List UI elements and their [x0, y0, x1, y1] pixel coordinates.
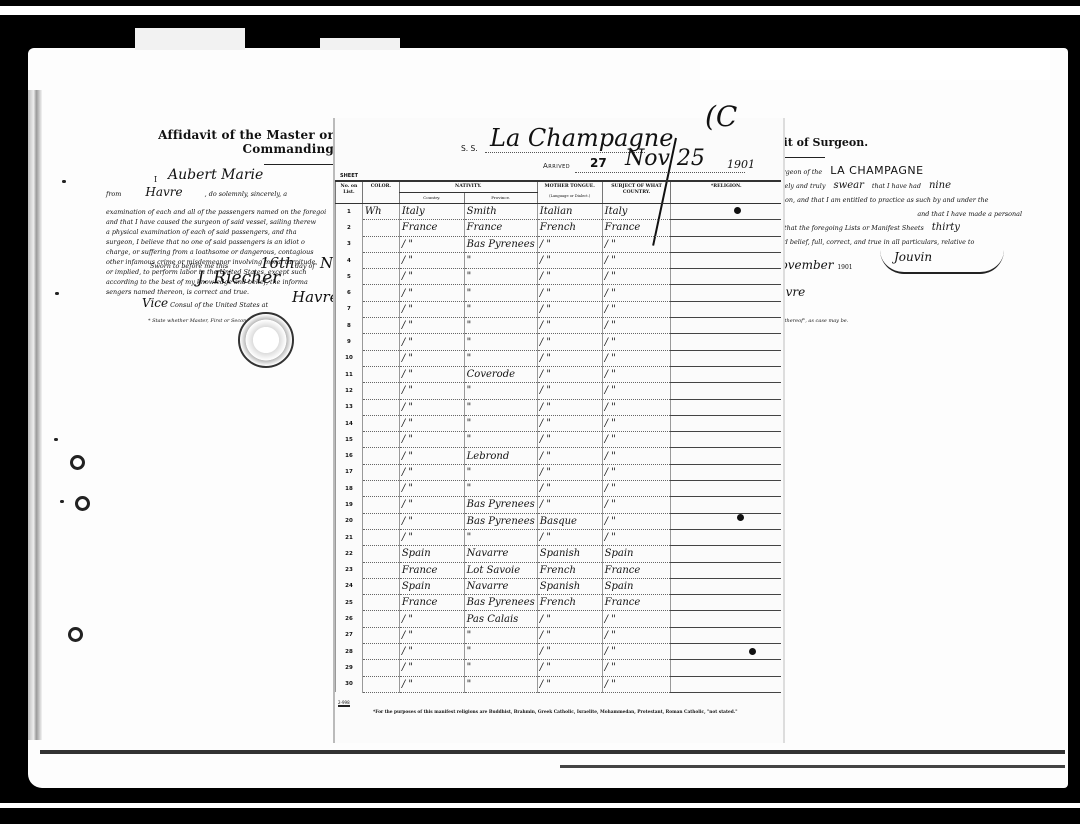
table-row: 16/ "Lebrond/ "/ "	[336, 448, 782, 464]
cell-tongue: Spanish	[537, 546, 602, 562]
cell-province: "	[464, 383, 537, 399]
table-row: 1WhItalySmithItalianItaly	[336, 204, 782, 220]
cell-color	[362, 448, 399, 464]
table-row: 12/ ""/ "/ "	[336, 383, 782, 399]
row-number: 1	[336, 204, 363, 220]
ink-speck	[54, 438, 58, 441]
cell-province: Navarre	[464, 578, 537, 594]
cell-subject: Italy	[602, 204, 671, 220]
cell-subject: / "	[602, 301, 671, 317]
cell-subject: Spain	[602, 546, 671, 562]
cell-subject: / "	[602, 448, 671, 464]
passenger-manifest-sheet: (C S. S. La Champagne Arrived 27 Nov 25 …	[333, 118, 785, 743]
cell-country: / "	[399, 611, 464, 627]
cell-color	[362, 595, 399, 611]
cell-country: / "	[399, 318, 464, 334]
consul-place: Havre	[292, 288, 339, 306]
cell-tongue: / "	[537, 366, 602, 382]
col-mother-tongue: MOTHER TONGUE. (Language or Dialect.)	[537, 181, 602, 204]
cell-color	[362, 660, 399, 676]
cell-province: "	[464, 627, 537, 643]
body-line: surgeon, I believe that no one of said p…	[106, 237, 334, 247]
cell-color	[362, 529, 399, 545]
handwritten-sheets: thirty	[932, 222, 960, 233]
ink-blot	[737, 514, 744, 521]
ink-blot	[734, 207, 741, 214]
row-number: 16	[336, 448, 363, 464]
ship-name-stamp: LA CHAMPAGNE	[830, 164, 923, 177]
ledger-spine-edge	[28, 90, 42, 740]
binding-hole	[75, 496, 90, 511]
cell-tongue: / "	[537, 497, 602, 513]
cell-color	[362, 334, 399, 350]
cell-province: "	[464, 350, 537, 366]
cell-color: Wh	[362, 204, 399, 220]
cell-color	[362, 318, 399, 334]
cell-color	[362, 627, 399, 643]
cell-country: / "	[399, 366, 464, 382]
cell-subject: / "	[602, 318, 671, 334]
row-number: 12	[336, 383, 363, 399]
mother-tongue-sub: (Language or Dialect.)	[539, 193, 601, 199]
cell-province: "	[464, 399, 537, 415]
row-number: 8	[336, 318, 363, 334]
cell-country: / "	[399, 383, 464, 399]
row-number: 24	[336, 578, 363, 594]
surgeon-affidavit: avit of Surgeon. , Surgeon of the LA CHA…	[770, 136, 1030, 249]
table-row: 20/ "Bas PyreneesBasque/ "	[336, 513, 782, 529]
body-line: a physical examination of each of said p…	[106, 227, 334, 237]
cell-country: / "	[399, 627, 464, 643]
cell-country: Spain	[399, 546, 464, 562]
mother-tongue-label: MOTHER TONGUE.	[539, 184, 601, 190]
cell-province: Bas Pyrenees	[464, 236, 537, 252]
cell-country: / "	[399, 448, 464, 464]
cell-province: Coverode	[464, 366, 537, 382]
cell-color	[362, 578, 399, 594]
cell-religion	[671, 481, 781, 497]
ink-speck	[55, 292, 59, 295]
cell-tongue: / "	[537, 301, 602, 317]
cell-country: / "	[399, 350, 464, 366]
cell-religion	[671, 660, 781, 676]
cell-color	[362, 269, 399, 285]
cell-religion	[671, 513, 781, 529]
table-row: 24SpainNavarreSpanishSpain	[336, 578, 782, 594]
col-province: Province.	[464, 193, 537, 204]
ink-speck	[62, 180, 66, 183]
cell-province: "	[464, 334, 537, 350]
body-intro: , do solemnly, sincerely, a	[205, 190, 287, 198]
cell-religion	[671, 301, 781, 317]
cell-country: / "	[399, 236, 464, 252]
body-line: urgeon, and that I am entitled to practi…	[770, 193, 1030, 207]
cell-color	[362, 399, 399, 415]
cell-subject: / "	[602, 415, 671, 431]
cell-province: Bas Pyrenees	[464, 513, 537, 529]
table-row: 9/ ""/ "/ "	[336, 334, 782, 350]
consul-line: Vice Consul of the United States at Havr…	[142, 296, 342, 310]
row-number: 22	[336, 546, 363, 562]
cell-religion	[671, 562, 781, 578]
cell-tongue: / "	[537, 285, 602, 301]
row-number: 13	[336, 399, 363, 415]
cell-color	[362, 415, 399, 431]
cell-subject: / "	[602, 399, 671, 415]
cell-country: France	[399, 562, 464, 578]
table-row: 8/ ""/ "/ "	[336, 318, 782, 334]
cell-country: / "	[399, 269, 464, 285]
cell-religion	[671, 497, 781, 513]
sheet-label: SHEET	[340, 173, 358, 179]
cell-religion	[671, 595, 781, 611]
cell-subject: / "	[602, 350, 671, 366]
title-rule	[264, 164, 334, 165]
cell-tongue: / "	[537, 660, 602, 676]
table-row: 15/ ""/ "/ "	[336, 432, 782, 448]
cell-religion	[671, 269, 781, 285]
table-row: 30/ ""/ "/ "	[336, 676, 782, 692]
from-place: Havre	[145, 185, 182, 199]
master-affidavit-title: Affidavit of the Master or Commanding	[106, 128, 334, 156]
cell-province: Pas Calais	[464, 611, 537, 627]
table-row: 27/ ""/ "/ "	[336, 627, 782, 643]
row-number: 14	[336, 415, 363, 431]
cell-religion	[671, 204, 781, 220]
table-row: 3/ "Bas Pyrenees/ "/ "	[336, 236, 782, 252]
cell-religion	[671, 318, 781, 334]
cell-country: / "	[399, 301, 464, 317]
cell-religion	[671, 448, 781, 464]
cell-color	[362, 513, 399, 529]
cell-tongue: / "	[537, 464, 602, 480]
ink-blot	[749, 648, 756, 655]
cell-subject: / "	[602, 529, 671, 545]
cell-tongue: French	[537, 595, 602, 611]
cell-subject: / "	[602, 366, 671, 382]
day-of-label: day of	[295, 262, 315, 270]
cell-color	[362, 220, 399, 236]
table-row: 22SpainNavarreSpanishSpain	[336, 546, 782, 562]
cell-province: Bas Pyrenees	[464, 497, 537, 513]
cell-religion	[671, 383, 781, 399]
table-row: 25FranceBas PyreneesFrenchFrance	[336, 595, 782, 611]
cell-color	[362, 236, 399, 252]
cell-province: "	[464, 432, 537, 448]
cell-province: "	[464, 318, 537, 334]
cell-subject: / "	[602, 481, 671, 497]
cell-color	[362, 481, 399, 497]
cell-subject: France	[602, 595, 671, 611]
table-row: 6/ ""/ "/ "	[336, 285, 782, 301]
cell-subject: / "	[602, 627, 671, 643]
cell-subject: Spain	[602, 578, 671, 594]
row-number: 29	[336, 660, 363, 676]
cell-subject: / "	[602, 660, 671, 676]
consular-seal-icon	[238, 312, 294, 368]
row-number: 5	[336, 269, 363, 285]
cell-country: France	[399, 595, 464, 611]
cell-religion	[671, 366, 781, 382]
consul-label: Consul of the United States at	[170, 301, 268, 309]
table-row: 13/ ""/ "/ "	[336, 399, 782, 415]
cell-color	[362, 383, 399, 399]
col-religion: *RELIGION.	[671, 181, 781, 204]
table-row: 14/ ""/ "/ "	[336, 415, 782, 431]
cell-tongue: / "	[537, 676, 602, 692]
cell-subject: / "	[602, 285, 671, 301]
cell-subject: France	[602, 220, 671, 236]
table-row: 2FranceFranceFrenchFrance	[336, 220, 782, 236]
cell-tongue: / "	[537, 448, 602, 464]
cell-tongue: / "	[537, 529, 602, 545]
cell-province: "	[464, 481, 537, 497]
cell-country: / "	[399, 676, 464, 692]
row-number: 9	[336, 334, 363, 350]
row-number: 7	[336, 301, 363, 317]
handwritten-years: nine	[929, 180, 951, 191]
cell-religion	[671, 464, 781, 480]
row-number: 26	[336, 611, 363, 627]
cell-tongue: / "	[537, 611, 602, 627]
cell-tongue: Italian	[537, 204, 602, 220]
row-number: 3	[336, 236, 363, 252]
row-number: 15	[336, 432, 363, 448]
cell-province: "	[464, 644, 537, 660]
cell-tongue: Basque	[537, 513, 602, 529]
col-color: COLOR.	[362, 181, 399, 204]
cell-country: / "	[399, 464, 464, 480]
table-row: 28/ ""/ "/ "	[336, 644, 782, 660]
religion-footnote: *For the purposes of this manifest relig…	[373, 710, 737, 715]
arrived-month: Nov 25	[625, 146, 705, 171]
ship-name-line	[485, 152, 645, 153]
cell-country: Spain	[399, 578, 464, 594]
cell-country: / "	[399, 660, 464, 676]
row-number: 10	[336, 350, 363, 366]
arrived-day: 27	[590, 156, 607, 170]
cell-religion	[671, 334, 781, 350]
cell-tongue: French	[537, 562, 602, 578]
cell-tongue: / "	[537, 334, 602, 350]
cell-tongue: / "	[537, 383, 602, 399]
cell-country: / "	[399, 415, 464, 431]
cell-country: / "	[399, 529, 464, 545]
cell-tongue: / "	[537, 350, 602, 366]
row-number: 17	[336, 464, 363, 480]
cell-province: Smith	[464, 204, 537, 220]
manifest-header: (C S. S. La Champagne Arrived 27 Nov 25 …	[335, 118, 783, 180]
cell-subject: / "	[602, 252, 671, 268]
row-number: 30	[336, 676, 363, 692]
table-row: 19/ "Bas Pyrenees/ "/ "	[336, 497, 782, 513]
cell-country: / "	[399, 334, 464, 350]
torn-paper-tab	[320, 38, 400, 50]
manifest-table: No. on List. COLOR. NATIVITY. MOTHER TON…	[335, 180, 781, 693]
cell-subject: / "	[602, 676, 671, 692]
surgeon-signature: Jouvin	[880, 250, 1004, 274]
cell-province: "	[464, 676, 537, 692]
ledger-bottom-edge-2	[560, 765, 1065, 768]
col-no: No. on List.	[336, 181, 363, 204]
surgeon-affidavit-body: , Surgeon of the LA CHAMPAGNE ncerely an…	[770, 164, 1030, 249]
cell-subject: / "	[602, 464, 671, 480]
arrived-label: Arrived	[543, 162, 570, 170]
arrived-line	[575, 172, 745, 173]
consul-signature: J. Riecher	[197, 268, 280, 288]
cell-country: / "	[399, 252, 464, 268]
table-row: 11/ "Coverode/ "/ "	[336, 366, 782, 382]
cell-tongue: / "	[537, 399, 602, 415]
table-row: 21/ ""/ "/ "	[336, 529, 782, 545]
master-name: Aubert Marie	[168, 167, 263, 183]
cell-province: "	[464, 464, 537, 480]
date-year: 1901	[837, 264, 852, 271]
binding-hole	[70, 455, 85, 470]
cell-subject: / "	[602, 236, 671, 252]
cell-tongue: / "	[537, 432, 602, 448]
body-line: and that I have caused the surgeon of sa…	[106, 217, 334, 227]
cell-province: "	[464, 660, 537, 676]
cell-subject: / "	[602, 269, 671, 285]
cell-tongue: / "	[537, 415, 602, 431]
cell-religion	[671, 627, 781, 643]
cell-country: / "	[399, 399, 464, 415]
form-number: 2-998	[338, 700, 350, 707]
col-subject: SUBJECT OF WHAT COUNTRY.	[602, 181, 671, 204]
table-row: 7/ ""/ "/ "	[336, 301, 782, 317]
cell-color	[362, 464, 399, 480]
cell-tongue: Spanish	[537, 578, 602, 594]
cell-subject: / "	[602, 513, 671, 529]
ss-label: S. S.	[461, 144, 478, 153]
cell-color	[362, 497, 399, 513]
table-row: 29/ ""/ "/ "	[336, 660, 782, 676]
cell-province: Lot Savoie	[464, 562, 537, 578]
cell-country: / "	[399, 481, 464, 497]
table-row: 17/ ""/ "/ "	[336, 464, 782, 480]
body-line: examination of each and all of the passe…	[106, 207, 334, 217]
cell-religion	[671, 432, 781, 448]
handwritten-swear: swear	[834, 180, 864, 191]
table-row: 5/ ""/ "/ "	[336, 269, 782, 285]
cell-country: / "	[399, 497, 464, 513]
cell-color	[362, 644, 399, 660]
cell-country: / "	[399, 644, 464, 660]
cell-religion	[671, 252, 781, 268]
cell-tongue: / "	[537, 644, 602, 660]
surgeon-affidavit-title: avit of Surgeon.	[770, 136, 1030, 149]
cell-color	[362, 432, 399, 448]
cell-country: France	[399, 220, 464, 236]
row-number: 19	[336, 497, 363, 513]
cell-tongue: French	[537, 220, 602, 236]
cell-religion	[671, 578, 781, 594]
cell-tongue: / "	[537, 481, 602, 497]
from-label: from	[106, 190, 121, 198]
scan-top-border	[0, 6, 1080, 15]
table-row: 18/ ""/ "/ "	[336, 481, 782, 497]
cell-province: Lebrond	[464, 448, 537, 464]
cell-religion	[671, 644, 781, 660]
cell-province: "	[464, 252, 537, 268]
cell-tongue: / "	[537, 627, 602, 643]
cell-color	[362, 252, 399, 268]
cell-subject: / "	[602, 334, 671, 350]
cell-province: "	[464, 269, 537, 285]
cell-country: / "	[399, 432, 464, 448]
cell-tongue: / "	[537, 252, 602, 268]
ink-speck	[60, 500, 64, 503]
cell-country: / "	[399, 285, 464, 301]
row-number: 28	[336, 644, 363, 660]
cell-color	[362, 350, 399, 366]
row-number: 23	[336, 562, 363, 578]
col-country: Country.	[399, 193, 464, 204]
scan-bottom-border	[0, 803, 1080, 808]
cell-religion	[671, 676, 781, 692]
consul-prefix: Vice	[142, 296, 168, 310]
cell-color	[362, 546, 399, 562]
row-number: 6	[336, 285, 363, 301]
ledger-bottom-edge	[40, 750, 1065, 754]
cell-province: "	[464, 529, 537, 545]
cell-province: France	[464, 220, 537, 236]
cell-religion	[671, 220, 781, 236]
master-name-line: I Aubert Marie	[106, 169, 334, 185]
row-number: 4	[336, 252, 363, 268]
binding-hole	[68, 627, 83, 642]
cell-subject: / "	[602, 644, 671, 660]
cell-tongue: / "	[537, 269, 602, 285]
row-number: 27	[336, 627, 363, 643]
cell-country: / "	[399, 513, 464, 529]
cell-subject: / "	[602, 383, 671, 399]
cell-province: Bas Pyrenees	[464, 595, 537, 611]
cell-religion	[671, 546, 781, 562]
cell-color	[362, 611, 399, 627]
cell-religion	[671, 611, 781, 627]
torn-paper-tab	[135, 28, 245, 50]
body-line: and that I have made a personal	[770, 207, 1030, 221]
page-mark: (C	[705, 100, 737, 133]
table-row: 10/ ""/ "/ "	[336, 350, 782, 366]
row-number: 21	[336, 529, 363, 545]
upper-page-edge	[700, 48, 1050, 80]
cell-subject: France	[602, 562, 671, 578]
cell-color	[362, 562, 399, 578]
cell-religion	[671, 399, 781, 415]
cell-subject: / "	[602, 432, 671, 448]
cell-color	[362, 285, 399, 301]
body-line: charge, or suffering from a loathsome or…	[106, 247, 334, 257]
cell-province: "	[464, 285, 537, 301]
table-row: 26/ "Pas Calais/ "/ "	[336, 611, 782, 627]
cell-subject: / "	[602, 611, 671, 627]
line-label: that I have had	[872, 182, 921, 190]
row-number: 2	[336, 220, 363, 236]
cell-religion	[671, 350, 781, 366]
cell-tongue: / "	[537, 318, 602, 334]
col-nativity: NATIVITY.	[399, 181, 537, 193]
cell-subject: / "	[602, 497, 671, 513]
cell-tongue: / "	[537, 236, 602, 252]
arrived-year: 1901	[727, 158, 755, 171]
cell-religion	[671, 236, 781, 252]
table-row: 23FranceLot SavoieFrenchFrance	[336, 562, 782, 578]
cell-color	[362, 676, 399, 692]
cell-religion	[671, 529, 781, 545]
